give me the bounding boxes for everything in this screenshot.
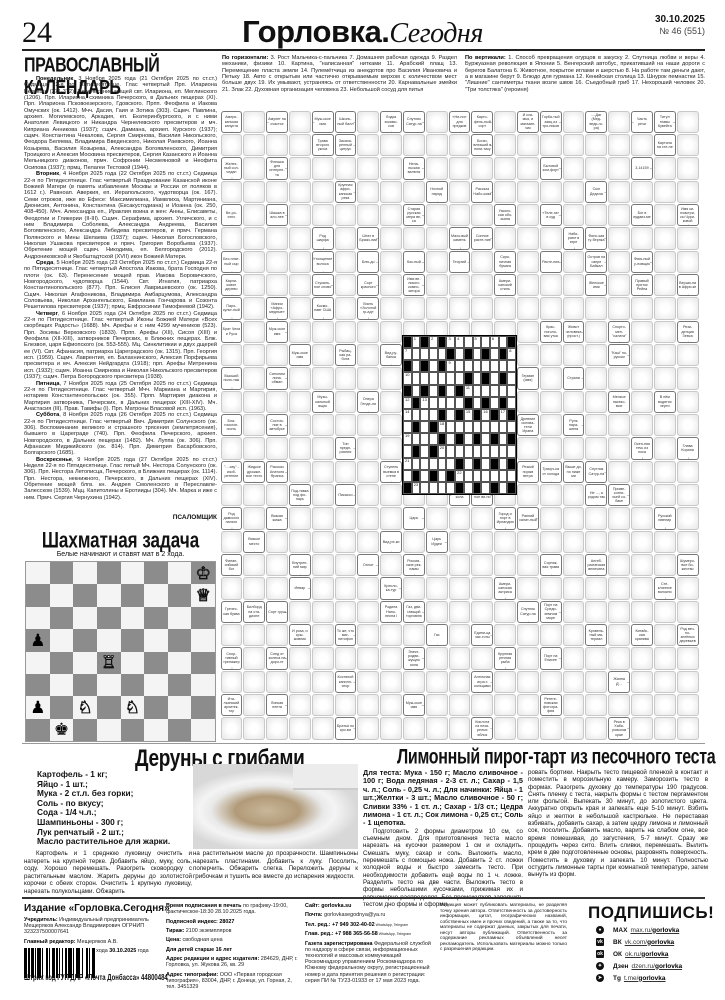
answer-cell[interactable]: [335, 647, 357, 669]
answer-cell[interactable]: [677, 671, 699, 693]
answer-cell[interactable]: [563, 624, 585, 646]
answer-cell[interactable]: [403, 624, 425, 646]
answer-cell[interactable]: [517, 484, 539, 506]
answer-cell[interactable]: [221, 531, 243, 553]
answer-cell[interactable]: [563, 181, 585, 203]
answer-cell[interactable]: [654, 647, 676, 669]
mini-answer-cell[interactable]: [455, 372, 464, 384]
mini-answer-cell[interactable]: 11: [464, 385, 473, 397]
answer-cell[interactable]: [335, 157, 357, 179]
answer-cell[interactable]: [243, 204, 265, 226]
mini-answer-cell[interactable]: [446, 409, 455, 421]
answer-cell[interactable]: [357, 694, 379, 716]
mini-answer-cell[interactable]: [455, 360, 464, 372]
answer-cell[interactable]: [289, 181, 311, 203]
mini-answer-cell[interactable]: [481, 445, 490, 457]
answer-cell[interactable]: [266, 181, 288, 203]
answer-cell[interactable]: [312, 321, 334, 343]
answer-cell[interactable]: [312, 647, 334, 669]
mini-answer-cell[interactable]: 13: [420, 397, 429, 409]
answer-cell[interactable]: [380, 437, 402, 459]
answer-cell[interactable]: [380, 507, 402, 529]
answer-cell[interactable]: [426, 694, 448, 716]
answer-cell[interactable]: [243, 694, 265, 716]
answer-cell[interactable]: [243, 297, 265, 319]
answer-cell[interactable]: [517, 251, 539, 273]
mini-answer-cell[interactable]: [464, 360, 473, 372]
answer-cell[interactable]: [357, 181, 379, 203]
answer-cell[interactable]: [449, 694, 471, 716]
answer-cell[interactable]: [380, 647, 402, 669]
answer-cell[interactable]: [380, 204, 402, 226]
answer-cell[interactable]: [654, 437, 676, 459]
answer-cell[interactable]: [471, 297, 493, 319]
subscribe-url[interactable]: ok.ru/gorlovka: [625, 951, 668, 958]
answer-cell[interactable]: [335, 391, 357, 413]
answer-cell[interactable]: [654, 484, 676, 506]
answer-cell[interactable]: [517, 437, 539, 459]
answer-cell[interactable]: [312, 554, 334, 576]
mini-answer-cell[interactable]: 14: [403, 409, 412, 421]
answer-cell[interactable]: [494, 554, 516, 576]
answer-cell[interactable]: [426, 717, 448, 739]
mini-answer-cell[interactable]: [412, 433, 421, 445]
answer-cell[interactable]: [426, 204, 448, 226]
answer-cell[interactable]: [335, 297, 357, 319]
mini-answer-cell[interactable]: [420, 409, 429, 421]
mini-answer-cell[interactable]: [499, 445, 508, 457]
answer-cell[interactable]: [517, 577, 539, 599]
answer-cell[interactable]: [631, 601, 653, 623]
answer-cell[interactable]: [654, 531, 676, 553]
mini-answer-cell[interactable]: [455, 397, 464, 409]
answer-cell[interactable]: [243, 554, 265, 576]
mini-answer-cell[interactable]: [455, 421, 464, 433]
answer-cell[interactable]: [585, 157, 607, 179]
answer-cell[interactable]: [380, 274, 402, 296]
answer-cell[interactable]: [221, 717, 243, 739]
answer-cell[interactable]: [312, 437, 334, 459]
answer-cell[interactable]: [494, 134, 516, 156]
mini-answer-cell[interactable]: [499, 482, 508, 494]
answer-cell[interactable]: [449, 647, 471, 669]
answer-cell[interactable]: [563, 111, 585, 133]
mini-answer-cell[interactable]: [438, 348, 447, 360]
answer-cell[interactable]: [654, 367, 676, 389]
answer-cell[interactable]: [243, 507, 265, 529]
answer-cell[interactable]: [517, 297, 539, 319]
answer-cell[interactable]: [471, 204, 493, 226]
mini-answer-cell[interactable]: [412, 458, 421, 470]
answer-cell[interactable]: [449, 531, 471, 553]
answer-cell[interactable]: [471, 274, 493, 296]
answer-cell[interactable]: [517, 647, 539, 669]
answer-cell[interactable]: [654, 717, 676, 739]
answer-cell[interactable]: [471, 507, 493, 529]
mini-answer-cell[interactable]: [446, 421, 455, 433]
answer-cell[interactable]: [243, 111, 265, 133]
answer-cell[interactable]: [631, 507, 653, 529]
answer-cell[interactable]: [494, 531, 516, 553]
answer-cell[interactable]: [266, 484, 288, 506]
mini-answer-cell[interactable]: [412, 360, 421, 372]
answer-cell[interactable]: [540, 134, 562, 156]
answer-cell[interactable]: [631, 344, 653, 366]
answer-cell[interactable]: [608, 204, 630, 226]
answer-cell[interactable]: [289, 134, 311, 156]
answer-cell[interactable]: [608, 227, 630, 249]
answer-cell[interactable]: [449, 274, 471, 296]
answer-cell[interactable]: [631, 297, 653, 319]
answer-cell[interactable]: [357, 624, 379, 646]
answer-cell[interactable]: [494, 297, 516, 319]
answer-cell[interactable]: [585, 414, 607, 436]
answer-cell[interactable]: [563, 577, 585, 599]
answer-cell[interactable]: [335, 461, 357, 483]
answer-cell[interactable]: [289, 251, 311, 273]
answer-cell[interactable]: [654, 274, 676, 296]
mini-answer-cell[interactable]: [429, 372, 438, 384]
answer-cell[interactable]: [608, 531, 630, 553]
answer-cell[interactable]: [654, 251, 676, 273]
answer-cell[interactable]: [380, 181, 402, 203]
mini-answer-cell[interactable]: [420, 458, 429, 470]
answer-cell[interactable]: [403, 297, 425, 319]
answer-cell[interactable]: [517, 554, 539, 576]
answer-cell[interactable]: [654, 624, 676, 646]
answer-cell[interactable]: [380, 391, 402, 413]
answer-cell[interactable]: [357, 461, 379, 483]
answer-cell[interactable]: [563, 297, 585, 319]
mini-answer-cell[interactable]: [420, 445, 429, 457]
answer-cell[interactable]: [449, 507, 471, 529]
answer-cell[interactable]: [289, 111, 311, 133]
mini-answer-cell[interactable]: [446, 433, 455, 445]
answer-cell[interactable]: [312, 531, 334, 553]
answer-cell[interactable]: [494, 671, 516, 693]
answer-cell[interactable]: [357, 717, 379, 739]
mini-answer-cell[interactable]: [464, 421, 473, 433]
answer-cell[interactable]: [540, 414, 562, 436]
mini-answer-cell[interactable]: 1: [412, 336, 421, 348]
answer-cell[interactable]: [335, 414, 357, 436]
answer-cell[interactable]: [677, 461, 699, 483]
answer-cell[interactable]: [357, 134, 379, 156]
answer-cell[interactable]: [540, 531, 562, 553]
mini-answer-cell[interactable]: [490, 397, 499, 409]
answer-cell[interactable]: [266, 251, 288, 273]
answer-cell[interactable]: [540, 717, 562, 739]
answer-cell[interactable]: [677, 531, 699, 553]
answer-cell[interactable]: [585, 507, 607, 529]
answer-cell[interactable]: [335, 321, 357, 343]
answer-cell[interactable]: [608, 134, 630, 156]
answer-cell[interactable]: [312, 204, 334, 226]
answer-cell[interactable]: [608, 297, 630, 319]
mini-answer-cell[interactable]: [507, 470, 516, 482]
answer-cell[interactable]: [654, 204, 676, 226]
answer-cell[interactable]: [585, 134, 607, 156]
answer-cell[interactable]: [563, 484, 585, 506]
answer-cell[interactable]: [608, 507, 630, 529]
mini-answer-cell[interactable]: [464, 445, 473, 457]
answer-cell[interactable]: [426, 297, 448, 319]
mini-answer-cell[interactable]: [473, 397, 482, 409]
answer-cell[interactable]: [243, 624, 265, 646]
answer-cell[interactable]: [585, 671, 607, 693]
answer-cell[interactable]: [631, 484, 653, 506]
mini-answer-cell[interactable]: 19: [403, 433, 412, 445]
answer-cell[interactable]: [312, 671, 334, 693]
mini-answer-cell[interactable]: [473, 421, 482, 433]
answer-cell[interactable]: [243, 344, 265, 366]
subscribe-url[interactable]: dzen.ru/gorlovka: [631, 963, 682, 970]
answer-cell[interactable]: [563, 391, 585, 413]
answer-cell[interactable]: [243, 671, 265, 693]
answer-cell[interactable]: [585, 531, 607, 553]
answer-cell[interactable]: [312, 414, 334, 436]
answer-cell[interactable]: [403, 227, 425, 249]
mini-answer-cell[interactable]: [455, 445, 464, 457]
answer-cell[interactable]: [266, 344, 288, 366]
answer-cell[interactable]: [243, 391, 265, 413]
answer-cell[interactable]: [608, 461, 630, 483]
answer-cell[interactable]: [585, 437, 607, 459]
mini-answer-cell[interactable]: [403, 445, 412, 457]
mini-answer-cell[interactable]: [464, 470, 473, 482]
answer-cell[interactable]: [540, 577, 562, 599]
answer-cell[interactable]: [654, 157, 676, 179]
answer-cell[interactable]: [494, 227, 516, 249]
mini-answer-cell[interactable]: [438, 482, 447, 494]
mini-answer-cell[interactable]: [446, 372, 455, 384]
mini-answer-cell[interactable]: [464, 482, 473, 494]
mini-answer-cell[interactable]: [412, 385, 421, 397]
mini-answer-cell[interactable]: 7: [403, 348, 412, 360]
answer-cell[interactable]: [380, 624, 402, 646]
mini-answer-cell[interactable]: 21: [403, 458, 412, 470]
answer-cell[interactable]: [289, 461, 311, 483]
mini-answer-cell[interactable]: 16: [481, 409, 490, 421]
answer-cell[interactable]: [335, 694, 357, 716]
answer-cell[interactable]: [243, 181, 265, 203]
answer-cell[interactable]: [677, 111, 699, 133]
mini-answer-cell[interactable]: [446, 385, 455, 397]
answer-cell[interactable]: [449, 554, 471, 576]
answer-cell[interactable]: [380, 694, 402, 716]
answer-cell[interactable]: [631, 321, 653, 343]
answer-cell[interactable]: [380, 157, 402, 179]
mini-answer-cell[interactable]: [429, 385, 438, 397]
answer-cell[interactable]: [243, 484, 265, 506]
answer-cell[interactable]: [289, 647, 311, 669]
answer-cell[interactable]: [608, 601, 630, 623]
answer-cell[interactable]: [517, 321, 539, 343]
answer-cell[interactable]: [585, 601, 607, 623]
answer-cell[interactable]: [654, 694, 676, 716]
answer-cell[interactable]: [563, 437, 585, 459]
answer-cell[interactable]: [289, 274, 311, 296]
answer-cell[interactable]: [357, 531, 379, 553]
answer-cell[interactable]: [335, 274, 357, 296]
answer-cell[interactable]: [335, 507, 357, 529]
answer-cell[interactable]: [631, 694, 653, 716]
answer-cell[interactable]: [289, 367, 311, 389]
mini-answer-cell[interactable]: [490, 372, 499, 384]
mini-answer-cell[interactable]: [403, 470, 412, 482]
answer-cell[interactable]: [608, 367, 630, 389]
answer-cell[interactable]: [471, 694, 493, 716]
answer-cell[interactable]: [221, 437, 243, 459]
answer-cell[interactable]: [677, 601, 699, 623]
mini-answer-cell[interactable]: [412, 372, 421, 384]
answer-cell[interactable]: [654, 601, 676, 623]
answer-cell[interactable]: [563, 694, 585, 716]
subscribe-link-gorlovka[interactable]: okОКok.ru/gorlovka: [596, 948, 721, 960]
answer-cell[interactable]: [585, 694, 607, 716]
mini-answer-cell[interactable]: [481, 433, 490, 445]
answer-cell[interactable]: [266, 134, 288, 156]
mini-answer-cell[interactable]: 18: [438, 421, 447, 433]
answer-cell[interactable]: [289, 297, 311, 319]
answer-cell[interactable]: [426, 554, 448, 576]
answer-cell[interactable]: [403, 671, 425, 693]
mini-answer-cell[interactable]: 17: [499, 409, 508, 421]
mini-answer-cell[interactable]: 8: [507, 348, 516, 360]
answer-cell[interactable]: [631, 577, 653, 599]
answer-cell[interactable]: [608, 274, 630, 296]
mini-answer-cell[interactable]: [420, 421, 429, 433]
answer-cell[interactable]: [585, 647, 607, 669]
answer-cell[interactable]: [426, 227, 448, 249]
mini-answer-cell[interactable]: [473, 360, 482, 372]
answer-cell[interactable]: [380, 367, 402, 389]
answer-cell[interactable]: [494, 157, 516, 179]
mini-answer-cell[interactable]: [473, 385, 482, 397]
answer-cell[interactable]: [471, 601, 493, 623]
mini-answer-cell[interactable]: [481, 458, 490, 470]
answer-cell[interactable]: [380, 554, 402, 576]
mini-answer-cell[interactable]: [455, 348, 464, 360]
answer-cell[interactable]: [471, 531, 493, 553]
answer-cell[interactable]: [266, 274, 288, 296]
answer-cell[interactable]: [335, 531, 357, 553]
answer-cell[interactable]: [677, 134, 699, 156]
answer-cell[interactable]: [608, 577, 630, 599]
answer-cell[interactable]: [631, 391, 653, 413]
answer-cell[interactable]: [312, 624, 334, 646]
answer-cell[interactable]: [426, 507, 448, 529]
mini-answer-cell[interactable]: [507, 421, 516, 433]
mini-answer-cell[interactable]: [499, 421, 508, 433]
email-link[interactable]: Почта: gorlovkasegodnya@ya.ru: [305, 912, 435, 918]
answer-cell[interactable]: [608, 554, 630, 576]
answer-cell[interactable]: [631, 671, 653, 693]
answer-cell[interactable]: [449, 157, 471, 179]
answer-cell[interactable]: [654, 554, 676, 576]
answer-cell[interactable]: [563, 717, 585, 739]
mini-answer-cell[interactable]: [499, 336, 508, 348]
answer-cell[interactable]: [608, 111, 630, 133]
mini-answer-cell[interactable]: [412, 409, 421, 421]
answer-cell[interactable]: [677, 251, 699, 273]
answer-cell[interactable]: [449, 297, 471, 319]
answer-cell[interactable]: [540, 624, 562, 646]
answer-cell[interactable]: [677, 367, 699, 389]
answer-cell[interactable]: [243, 251, 265, 273]
mini-answer-cell[interactable]: [490, 348, 499, 360]
answer-cell[interactable]: [631, 647, 653, 669]
mini-answer-cell[interactable]: [429, 409, 438, 421]
mini-answer-cell[interactable]: 10: [403, 372, 412, 384]
answer-cell[interactable]: [221, 344, 243, 366]
answer-cell[interactable]: [677, 507, 699, 529]
answer-cell[interactable]: [357, 484, 379, 506]
answer-cell[interactable]: [563, 251, 585, 273]
mini-answer-cell[interactable]: 20: [438, 445, 447, 457]
mini-answer-cell[interactable]: [481, 470, 490, 482]
answer-cell[interactable]: [494, 624, 516, 646]
mini-answer-cell[interactable]: [464, 336, 473, 348]
answer-cell[interactable]: [380, 251, 402, 273]
answer-cell[interactable]: [449, 624, 471, 646]
answer-cell[interactable]: [517, 694, 539, 716]
subscribe-link-gorlovka[interactable]: ●MAXmax.ru/gorlovka: [596, 924, 721, 936]
mini-answer-cell[interactable]: 2: [429, 336, 438, 348]
answer-cell[interactable]: [654, 227, 676, 249]
answer-cell[interactable]: [449, 181, 471, 203]
answer-cell[interactable]: [312, 181, 334, 203]
mini-answer-cell[interactable]: [507, 360, 516, 372]
answer-cell[interactable]: [243, 414, 265, 436]
subscribe-url[interactable]: max.ru/gorlovka: [630, 927, 679, 934]
answer-cell[interactable]: [426, 671, 448, 693]
answer-cell[interactable]: [243, 717, 265, 739]
answer-cell[interactable]: [494, 601, 516, 623]
answer-cell[interactable]: [585, 321, 607, 343]
answer-cell[interactable]: [357, 601, 379, 623]
answer-cell[interactable]: [494, 111, 516, 133]
mini-answer-cell[interactable]: [446, 482, 455, 494]
mini-answer-cell[interactable]: [473, 372, 482, 384]
answer-cell[interactable]: [426, 647, 448, 669]
answer-cell[interactable]: [517, 157, 539, 179]
answer-cell[interactable]: [266, 531, 288, 553]
answer-cell[interactable]: [289, 531, 311, 553]
subscribe-link-gorlovka[interactable]: vkВКvk.com/gorlovka: [596, 936, 721, 948]
answer-cell[interactable]: [221, 181, 243, 203]
answer-cell[interactable]: [221, 391, 243, 413]
answer-cell[interactable]: [494, 181, 516, 203]
subscribe-url[interactable]: vk.com/gorlovka: [625, 939, 675, 946]
answer-cell[interactable]: [540, 344, 562, 366]
answer-cell[interactable]: [403, 181, 425, 203]
mini-answer-cell[interactable]: [507, 445, 516, 457]
mini-answer-cell[interactable]: [464, 433, 473, 445]
answer-cell[interactable]: [289, 671, 311, 693]
answer-cell[interactable]: [403, 577, 425, 599]
answer-cell[interactable]: [243, 577, 265, 599]
answer-cell[interactable]: [563, 157, 585, 179]
mini-answer-cell[interactable]: [464, 458, 473, 470]
answer-cell[interactable]: [540, 437, 562, 459]
answer-cell[interactable]: [471, 554, 493, 576]
answer-cell[interactable]: [426, 601, 448, 623]
answer-cell[interactable]: [426, 157, 448, 179]
answer-cell[interactable]: [380, 321, 402, 343]
answer-cell[interactable]: [243, 157, 265, 179]
answer-cell[interactable]: [585, 717, 607, 739]
